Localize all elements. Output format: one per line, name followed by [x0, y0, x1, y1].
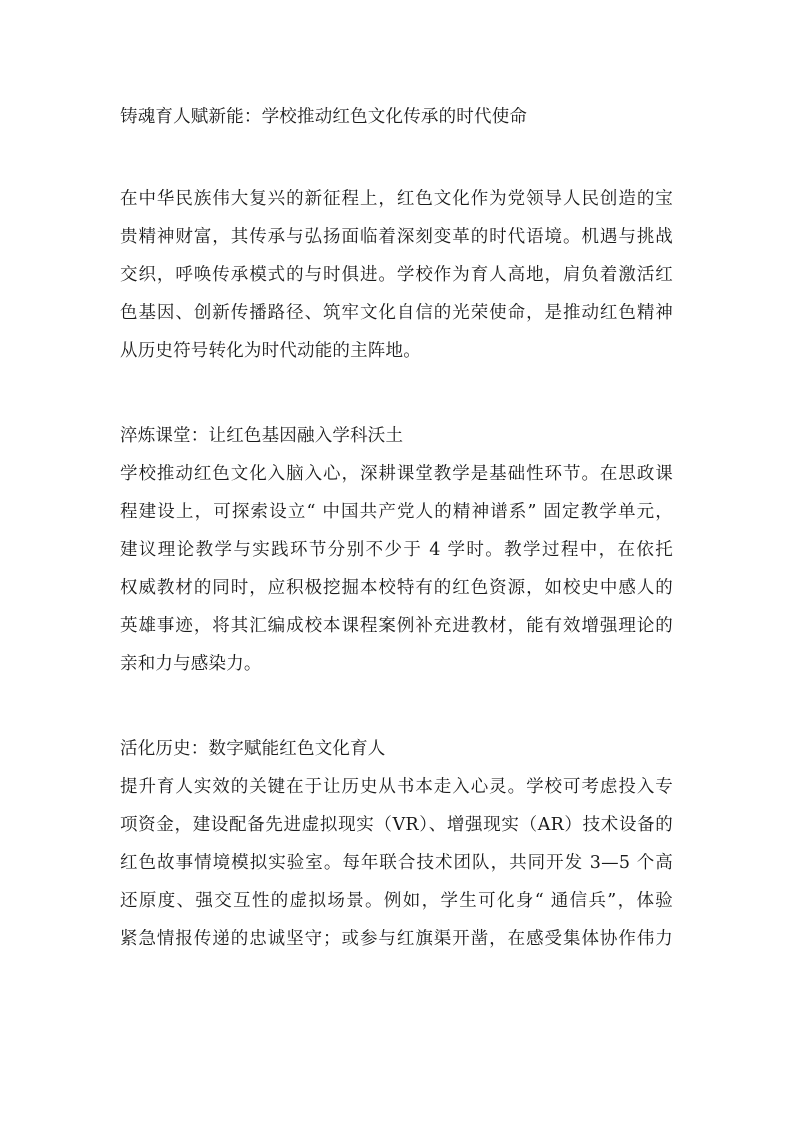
section-line: 紧急情报传递的忠诚坚守；或参与红旗渠开凿，在感受集体协作伟力: [120, 928, 673, 950]
intro-line: 贵精神财富，其传承与弘扬面临着深刻变革的时代语境。机遇与挑战: [120, 226, 673, 248]
section-line: 权威教材的同时，应积极挖掘本校特有的红色资源，如校史中感人的: [120, 577, 673, 599]
section-line: 英雄事迹，将其汇编成校本课程案例补充进教材，能有效增强理论的: [120, 615, 673, 637]
intro-line: 色基因、创新传播路径、筑牢文化自信的光荣使命，是推动红色精神: [120, 302, 673, 324]
section-line: 程建设上，可探索设立“ 中国共产党人的精神谱系” 固定教学单元，: [120, 501, 673, 523]
section-line: 还原度、强交互性的虚拟场景。例如，学生可化身“ 通信兵”，体验: [120, 890, 673, 912]
section-heading: 淬炼课堂：让红色基因融入学科沃土: [120, 425, 403, 447]
section-line: 建议理论教学与实践环节分别不少于 4 学时。教学过程中，在依托: [120, 539, 673, 561]
intro-line: 交织，呼唤传承模式的与时俱进。学校作为育人高地，肩负着激活红: [120, 264, 673, 286]
section-line: 项资金，建设配备先进虚拟现实（VR）、增强现实（AR）技术设备的: [120, 814, 673, 836]
intro-line: 在中华民族伟大复兴的新征程上，红色文化作为党领导人民创造的宝: [120, 188, 673, 210]
section-heading: 活化历史：数字赋能红色文化育人: [120, 738, 386, 760]
intro-line: 从历史符号转化为时代动能的主阵地。: [120, 340, 421, 362]
section-line: 亲和力与感染力。: [120, 653, 262, 675]
section-line: 提升育人实效的关键在于让历史从书本走入心灵。学校可考虑投入专: [120, 776, 673, 798]
section-line: 学校推动红色文化入脑入心，深耕课堂教学是基础性环节。在思政课: [120, 463, 673, 485]
document-title: 铸魂育人赋新能：学校推动红色文化传承的时代使命: [120, 106, 527, 128]
section-line: 红色故事情境模拟实验室。每年联合技术团队，共同开发 3—5 个高: [120, 852, 673, 874]
